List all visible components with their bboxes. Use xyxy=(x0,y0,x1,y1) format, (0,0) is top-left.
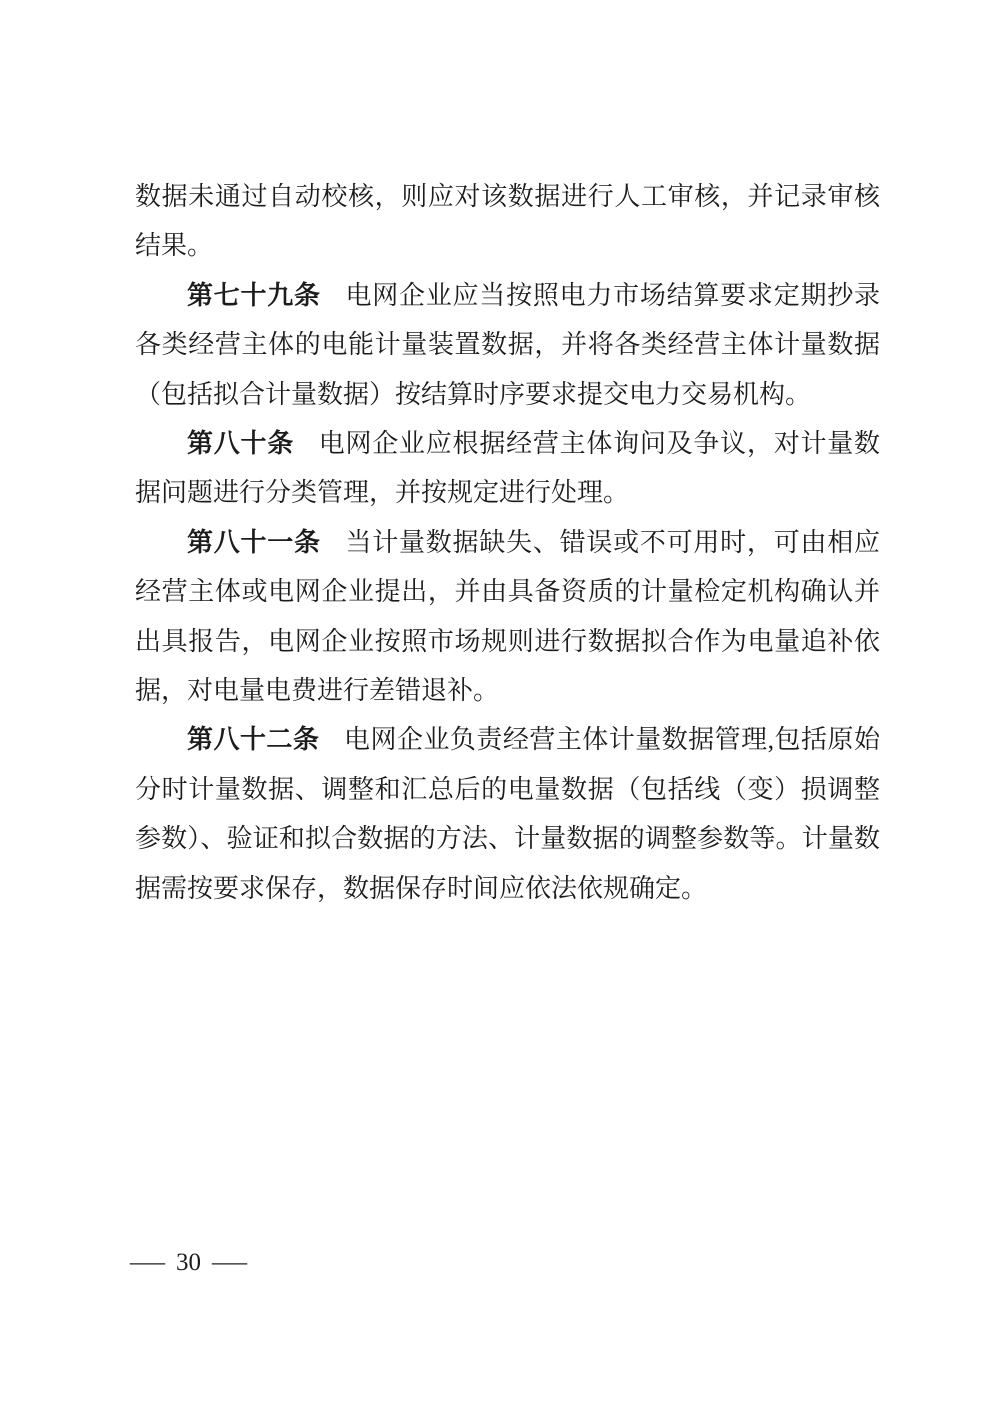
document-body: 数据未通过自动校核，则应对该数据进行人工审核，并记录审核结果。 第七十九条电网企… xyxy=(135,172,880,913)
article-82-heading: 第八十二条 xyxy=(187,725,319,754)
page-footer: — 30 — xyxy=(135,1249,242,1277)
paragraph-article-80: 第八十条电网企业应根据经营主体询问及争议，对计量数据问题进行分类管理，并按规定进… xyxy=(135,419,880,518)
paragraph-article-79: 第七十九条电网企业应当按照电力市场结算要求定期抄录各类经营主体的电能计量装置数据… xyxy=(135,271,880,419)
paragraph-continuation-text: 数据未通过自动校核，则应对该数据进行人工审核，并记录审核结果。 xyxy=(135,182,880,260)
paragraph-article-81: 第八十一条当计量数据缺失、错误或不可用时，可由相应经营主体或电网企业提出，并由具… xyxy=(135,518,880,716)
article-79-heading: 第七十九条 xyxy=(187,281,321,310)
paragraph-continuation: 数据未通过自动校核，则应对该数据进行人工审核，并记录审核结果。 xyxy=(135,172,880,271)
paragraph-article-82: 第八十二条电网企业负责经营主体计量数据管理,包括原始分时计量数据、调整和汇总后的… xyxy=(135,715,880,913)
page-number: 30 xyxy=(176,1249,201,1277)
article-81-heading: 第八十一条 xyxy=(187,528,321,557)
document-page: 数据未通过自动校核，则应对该数据进行人工审核，并记录审核结果。 第七十九条电网企… xyxy=(0,0,1000,1414)
article-80-heading: 第八十条 xyxy=(187,429,294,458)
footer-dash-left: — xyxy=(130,1249,165,1277)
footer-dash-right: — xyxy=(212,1249,247,1277)
